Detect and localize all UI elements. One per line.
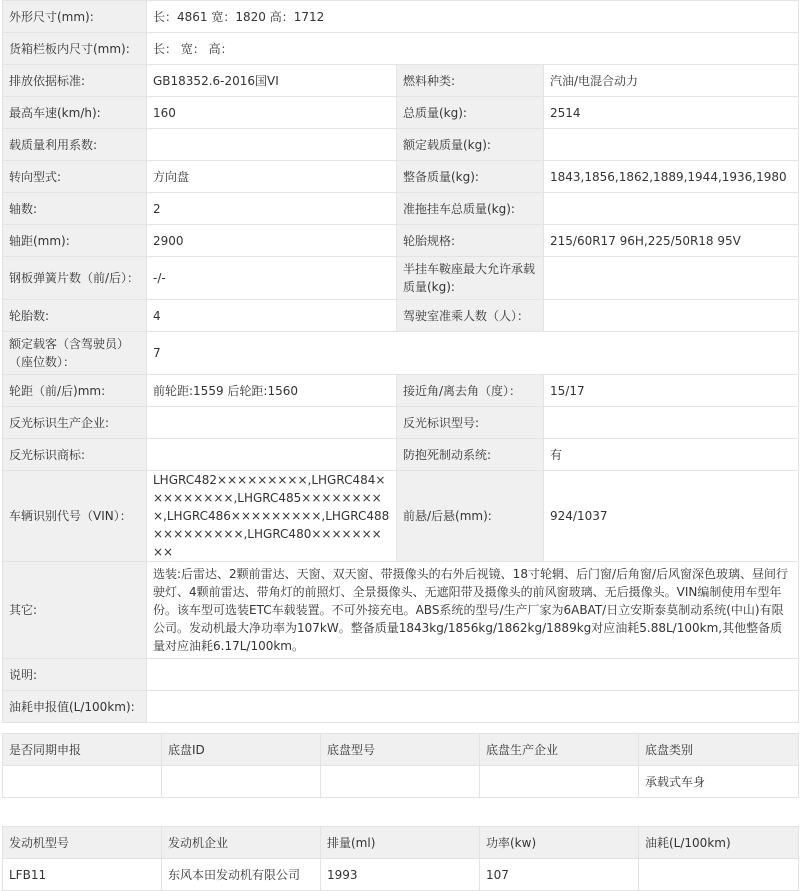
label-tire-spec: 轮胎规格: [397, 225, 544, 257]
spec-row-fuel-consumption: 油耗申报值(L/100km): [3, 691, 799, 723]
chassis-header: 底盘ID [162, 734, 321, 766]
engine-header: 排量(ml) [321, 827, 480, 859]
value-track: 前轮距:1559 后轮距:1560 [147, 375, 397, 407]
label-tire-count: 轮胎数: [3, 300, 147, 332]
value-reflector-brand [147, 439, 397, 471]
engine-cell: 东风本田发动机有限公司 [162, 859, 321, 891]
label-rated-load: 额定载质量(kg): [397, 129, 544, 161]
spec-row: 反光标识商标: 防抱死制动系统: 有 [3, 439, 799, 471]
spec-row: 钢板弹簧片数（前/后）： -/- 半挂车鞍座最大允许承载质量(kg): [3, 257, 799, 300]
value-dimensions: 长：4861 宽：1820 高：1712 [147, 1, 799, 33]
value-angles: 15/17 [544, 375, 799, 407]
label-dimensions: 外形尺寸(mm): [3, 1, 147, 33]
label-max-speed: 最高车速(km/h): [3, 97, 147, 129]
value-trailer-mass [544, 193, 799, 225]
spec-row: 载质量利用系数: 额定载质量(kg): [3, 129, 799, 161]
value-tire-spec: 215/60R17 96H,225/50R18 95V [544, 225, 799, 257]
label-other: 其它: [3, 562, 147, 659]
value-fuel-consumption [147, 691, 799, 723]
spec-row: 轮距（前/后)mm: 前轮距:1559 后轮距:1560 接近角/离去角（度）：… [3, 375, 799, 407]
value-axles: 2 [147, 193, 397, 225]
spec-row: 轮胎数: 4 驾驶室准乘人数（人）： [3, 300, 799, 332]
label-angles: 接近角/离去角（度）： [397, 375, 544, 407]
engine-table: 发动机型号 发动机企业 排量(ml) 功率(kw) 油耗(L/100km) LF… [2, 826, 799, 890]
chassis-cell [480, 766, 639, 798]
label-track: 轮距（前/后)mm: [3, 375, 147, 407]
spec-row: 反光标识生产企业: 反光标识型号: [3, 407, 799, 439]
value-abs: 有 [544, 439, 799, 471]
value-steering: 方向盘 [147, 161, 397, 193]
engine-header: 油耗(L/100km) [639, 827, 799, 859]
chassis-header-row: 是否同期申报 底盘ID 底盘型号 底盘生产企业 底盘类别 [3, 734, 799, 766]
value-total-mass: 2514 [544, 97, 799, 129]
value-reflector-maker [147, 407, 397, 439]
value-load-util [147, 129, 397, 161]
label-emission: 排放依据标准: [3, 65, 147, 97]
chassis-table: 是否同期申报 底盘ID 底盘型号 底盘生产企业 底盘类别 承载式车身 [2, 733, 799, 798]
engine-header: 功率(kw) [480, 827, 639, 859]
chassis-cell: 承载式车身 [639, 766, 799, 798]
label-reflector-brand: 反光标识商标: [3, 439, 147, 471]
chassis-cell [321, 766, 480, 798]
engine-cell: 1993 [321, 859, 480, 891]
spec-row-other: 其它: 选装:后雷达、2颗前雷达、天窗、双天窗、带摄像头的右外后视镜、18寸轮辋… [3, 562, 799, 659]
value-fuel-type: 汽油/电混合动力 [544, 65, 799, 97]
engine-header-row: 发动机型号 发动机企业 排量(ml) 功率(kw) 油耗(L/100km) [3, 827, 799, 859]
label-total-mass: 总质量(kg): [397, 97, 544, 129]
value-overhang: 924/1037 [544, 471, 799, 562]
engine-cell: LFB11 [3, 859, 162, 891]
label-curb-mass: 整备质量(kg): [397, 161, 544, 193]
spec-row: 最高车速(km/h): 160 总质量(kg): 2514 [3, 97, 799, 129]
label-cab-passengers: 驾驶室准乘人数（人）： [397, 300, 544, 332]
label-wheelbase: 轴距(mm): [3, 225, 147, 257]
chassis-header: 底盘类别 [639, 734, 799, 766]
label-leaf-springs: 钢板弹簧片数（前/后）： [3, 257, 147, 300]
label-vin: 车辆识别代号（VIN）： [3, 471, 147, 562]
spec-row: 车辆识别代号（VIN）： LHGRC482×××××××××,LHGRC484×… [3, 471, 799, 562]
value-rated-load [544, 129, 799, 161]
label-reflector-model: 反光标识型号: [397, 407, 544, 439]
engine-header: 发动机企业 [162, 827, 321, 859]
chassis-cell [162, 766, 321, 798]
value-other: 选装:后雷达、2颗前雷达、天窗、双天窗、带摄像头的右外后视镜、18寸轮辋、后门窗… [147, 562, 799, 659]
label-abs: 防抱死制动系统: [397, 439, 544, 471]
label-notes: 说明: [3, 659, 147, 691]
engine-cell [639, 859, 799, 891]
label-fuel-consumption: 油耗申报值(L/100km): [3, 691, 147, 723]
value-tire-count: 4 [147, 300, 397, 332]
value-notes [147, 659, 799, 691]
spec-row: 排放依据标准: GB18352.6-2016国VI 燃料种类: 汽油/电混合动力 [3, 65, 799, 97]
engine-cell: 107 [480, 859, 639, 891]
value-saddle-load [544, 257, 799, 300]
label-steering: 转向型式: [3, 161, 147, 193]
value-cab-passengers [544, 300, 799, 332]
label-fuel-type: 燃料种类: [397, 65, 544, 97]
spec-row: 轴距(mm): 2900 轮胎规格: 215/60R17 96H,225/50R… [3, 225, 799, 257]
label-saddle-load: 半挂车鞍座最大允许承载质量(kg): [397, 257, 544, 300]
engine-header: 发动机型号 [3, 827, 162, 859]
label-reflector-maker: 反光标识生产企业: [3, 407, 147, 439]
value-reflector-model [544, 407, 799, 439]
spec-row-seats: 额定载客（含驾驶员）（座位数）： 7 [3, 332, 799, 375]
value-curb-mass: 1843,1856,1862,1889,1944,1936,1980 [544, 161, 799, 193]
spec-row-cargo-box: 货箱栏板内尺寸(mm): 长： 宽： 高： [3, 33, 799, 65]
chassis-header: 底盘型号 [321, 734, 480, 766]
value-emission: GB18352.6-2016国VI [147, 65, 397, 97]
value-max-speed: 160 [147, 97, 397, 129]
label-seats: 额定载客（含驾驶员）（座位数）： [3, 332, 147, 375]
chassis-header: 是否同期申报 [3, 734, 162, 766]
table-row: 承载式车身 [3, 766, 799, 798]
value-wheelbase: 2900 [147, 225, 397, 257]
label-trailer-mass: 准拖挂车总质量(kg): [397, 193, 544, 225]
chassis-header: 底盘生产企业 [480, 734, 639, 766]
value-cargo-box: 长： 宽： 高： [147, 33, 799, 65]
label-cargo-box: 货箱栏板内尺寸(mm): [3, 33, 147, 65]
label-overhang: 前悬/后悬(mm): [397, 471, 544, 562]
label-load-util: 载质量利用系数: [3, 129, 147, 161]
value-leaf-springs: -/- [147, 257, 397, 300]
value-vin: LHGRC482×××××××××,LHGRC484×××××××××,LHGR… [147, 471, 397, 562]
label-axles: 轴数: [3, 193, 147, 225]
spec-row: 轴数: 2 准拖挂车总质量(kg): [3, 193, 799, 225]
value-seats: 7 [147, 332, 799, 375]
spec-row: 转向型式: 方向盘 整备质量(kg): 1843,1856,1862,1889,… [3, 161, 799, 193]
chassis-cell [3, 766, 162, 798]
spec-row-dimensions: 外形尺寸(mm): 长：4861 宽：1820 高：1712 [3, 1, 799, 33]
vehicle-spec-table: 外形尺寸(mm): 长：4861 宽：1820 高：1712 货箱栏板内尺寸(m… [2, 0, 799, 723]
spec-row-notes: 说明: [3, 659, 799, 691]
table-row: LFB11 东风本田发动机有限公司 1993 107 [3, 859, 799, 891]
